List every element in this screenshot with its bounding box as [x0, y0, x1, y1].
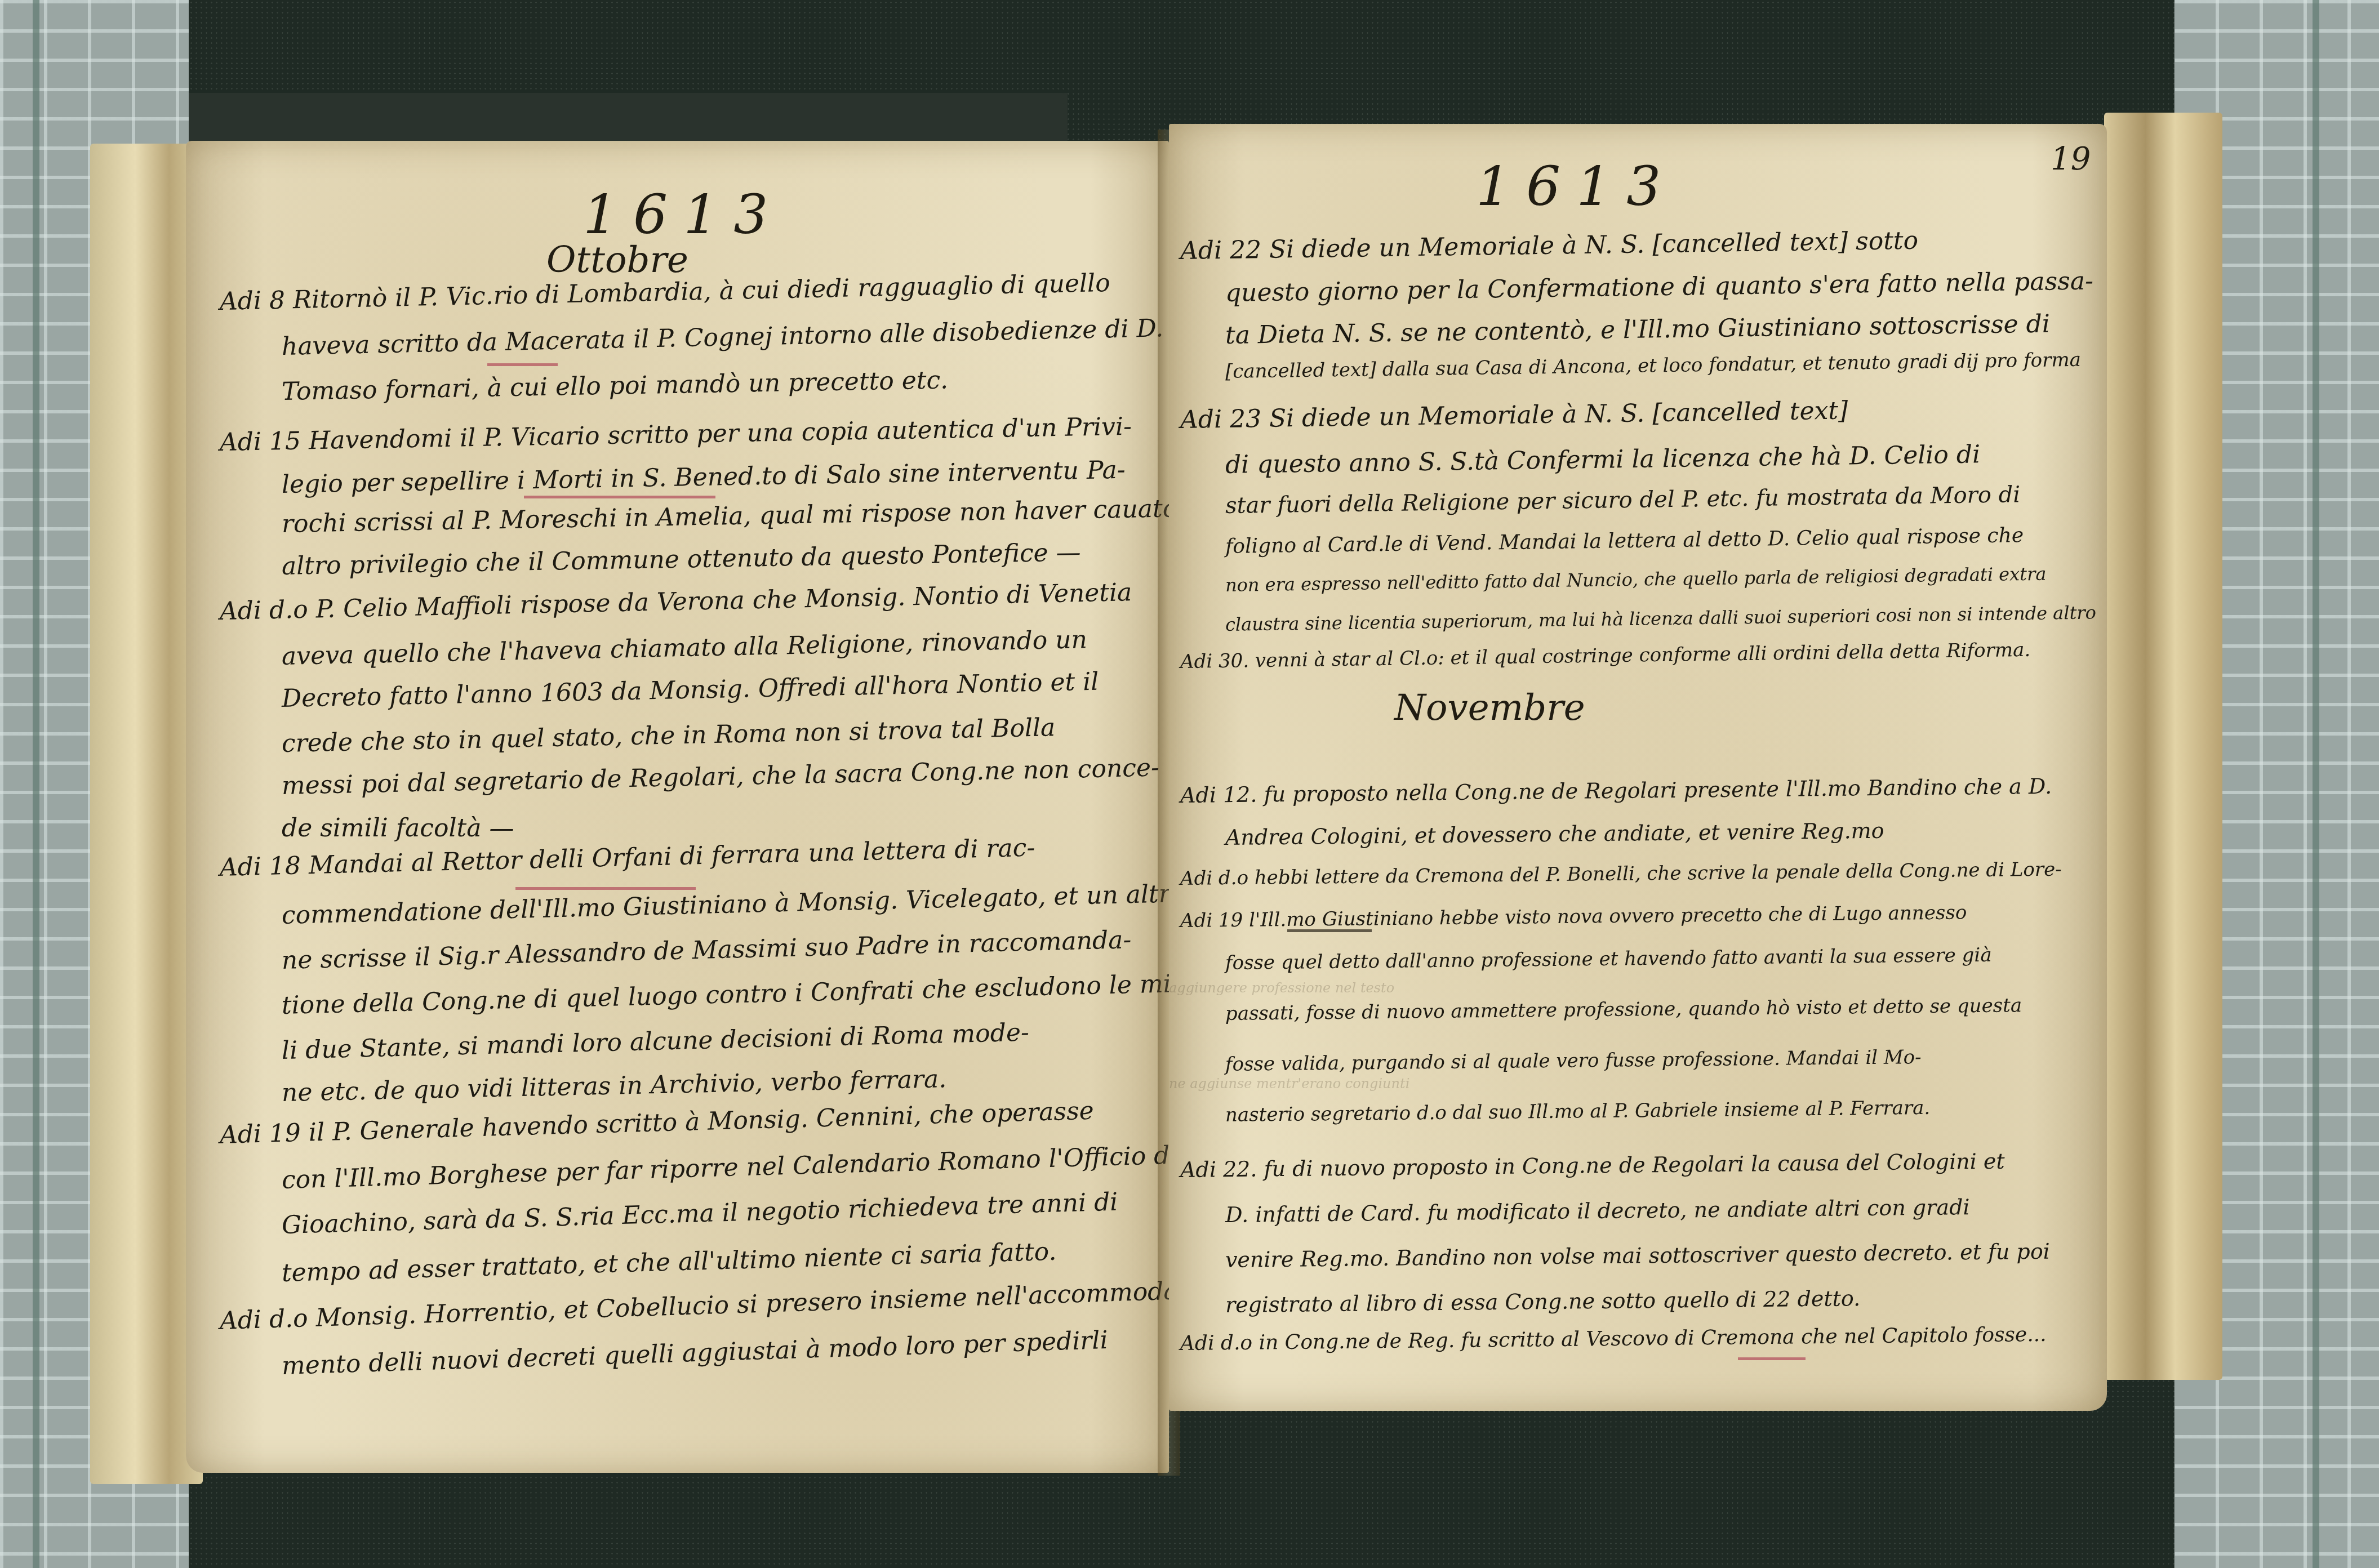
- manuscript-line: li due Stante, si mandi loro alcune deci…: [281, 1018, 1029, 1065]
- manuscript-line: legio per sepellire i Morti in S. Bened.…: [282, 456, 1126, 499]
- manuscript-line: star fuori della Religione per sicuro de…: [1225, 482, 2021, 519]
- manuscript-line: Gioachino, sarà da S. S.ria Ecc.ma il ne…: [281, 1188, 1118, 1240]
- folio-number: 19: [2051, 141, 2091, 177]
- manuscript-line: Adi 22 Si diede un Memoriale à N. S. [ca…: [1180, 226, 1919, 265]
- left-page: 1613 Ottobre Adi 8 Ritornò il P. Vic.rio…: [186, 141, 1169, 1473]
- month-heading: Novembre: [1394, 687, 1585, 729]
- manuscript-line: D. infatti de Card. fu modificato il dec…: [1225, 1195, 1970, 1227]
- manuscript-line: ne etc. de quo vidi litteras in Archivio…: [281, 1064, 946, 1107]
- manuscript-line: Adi d.o P. Celio Maffioli rispose da Ver…: [219, 578, 1132, 626]
- manuscript-line: venire Reg.mo. Bandino non volse mai sot…: [1225, 1239, 2050, 1272]
- manuscript-line: ne scrisse il Sig.r Alessandro de Massim…: [281, 925, 1131, 975]
- manuscript-line: de simili facoltà —: [282, 814, 514, 843]
- red-underline: [515, 887, 696, 890]
- manuscript-line: Adi d.o hebbi lettere da Cremona del P. …: [1180, 858, 2062, 890]
- month-heading: Ottobre: [546, 239, 688, 281]
- manuscript-line: foligno al Card.le di Vend. Mandai la le…: [1225, 524, 2024, 558]
- manuscript-line: Adi 23 Si diede un Memoriale à N. S. [ca…: [1180, 396, 1848, 434]
- margin-note: ne aggiunse mentr'erano congiunti: [1169, 1076, 1409, 1092]
- manuscript-line: tione della Cong.ne di quel luogo contro…: [281, 969, 1180, 1020]
- underline: [1287, 929, 1372, 932]
- foam-support-step: [189, 93, 1068, 146]
- manuscript-line: registrato al libro di essa Cong.ne sott…: [1225, 1286, 1861, 1317]
- manuscript-line: fosse valida, purgando si al quale vero …: [1225, 1046, 1922, 1076]
- manuscript-line: Tomaso fornari, à cui ello poi mandò un …: [282, 366, 949, 406]
- manuscript-line: Adi 19 l'Ill.mo Giustiniano hebbe visto …: [1180, 901, 1967, 932]
- manuscript-line: mento delli nuovi decreti quelli aggiust…: [281, 1326, 1108, 1380]
- manuscript-line: Adi d.o in Cong.ne de Reg. fu scritto al…: [1180, 1323, 2047, 1355]
- manuscript-line: con l'Ill.mo Borghese per far riporre ne…: [281, 1141, 1178, 1195]
- right-page: 1613 19 Adi 22 Si diede un Memoriale à N…: [1169, 124, 2107, 1411]
- manuscript-line: claustra sine licentia superiorum, ma lu…: [1225, 602, 2096, 635]
- manuscript-line: non era espresso nell'editto fatto dal N…: [1225, 563, 2047, 596]
- manuscript-line: Adi 15 Havendomi il P. Vicario scritto p…: [220, 412, 1132, 457]
- manuscript-line: Adi 22. fu di nuovo proposto in Cong.ne …: [1180, 1149, 2005, 1182]
- manuscript-line: haveva scritto da Macerata il P. Cognej …: [281, 314, 1163, 361]
- manuscript-line: Decreto fatto l'anno 1603 da Monsig. Off…: [281, 667, 1099, 713]
- manuscript-line: tempo ad esser trattato, et che all'ulti…: [281, 1237, 1057, 1288]
- manuscript-line: messi poi dal segretario de Regolari, ch…: [281, 753, 1159, 800]
- manuscript-line: Adi 12. fu proposto nella Cong.ne de Reg…: [1180, 774, 2052, 808]
- manuscript-line: commendatione dell'Ill.mo Giustiniano à …: [281, 879, 1185, 930]
- manuscript-line: Andrea Cologini, et dovessero che andiat…: [1225, 818, 1884, 850]
- page-year: 1613: [1476, 155, 1677, 218]
- manuscript-line: Adi 30. venni à star al Cl.o: et il qual…: [1180, 639, 2031, 673]
- manuscript-line: altro privilegio che il Commune ottenuto…: [282, 538, 1081, 581]
- manuscript-line: crede che sto in quel stato, che in Roma…: [281, 713, 1055, 758]
- manuscript-line: fosse quel detto dall'anno professione e…: [1225, 944, 1992, 974]
- glass-edge-left: [33, 0, 39, 1568]
- manuscript-line: passati, fosse di nuovo ammettere profes…: [1225, 994, 2022, 1025]
- red-underline: [524, 496, 715, 498]
- page-year: 1613: [583, 183, 784, 246]
- margin-note: aggiungere professione nel testo: [1169, 980, 1394, 996]
- manuscript-line: [cancelled text] dalla sua Casa di Ancon…: [1225, 349, 2081, 383]
- manuscript-line: di questo anno S. S.tà Confermi la licen…: [1225, 440, 1981, 479]
- red-underline: [1738, 1357, 1806, 1360]
- glass-edge-right: [2313, 0, 2319, 1568]
- manuscript-line: rochi scrissi al P. Moreschi in Amelia, …: [282, 494, 1178, 538]
- manuscript-line: questo giorno per la Confermatione di qu…: [1225, 266, 2094, 308]
- book-fore-edge-right: [2104, 113, 2222, 1380]
- manuscript-line: ta Dieta N. S. se ne contentò, e l'Ill.m…: [1225, 310, 2051, 350]
- red-underline: [487, 363, 558, 366]
- manuscript-line: nasterio segretario d.o dal suo Ill.mo a…: [1225, 1097, 1931, 1126]
- manuscript-line: aveva quello che l'haveva chiamato alla …: [281, 625, 1087, 671]
